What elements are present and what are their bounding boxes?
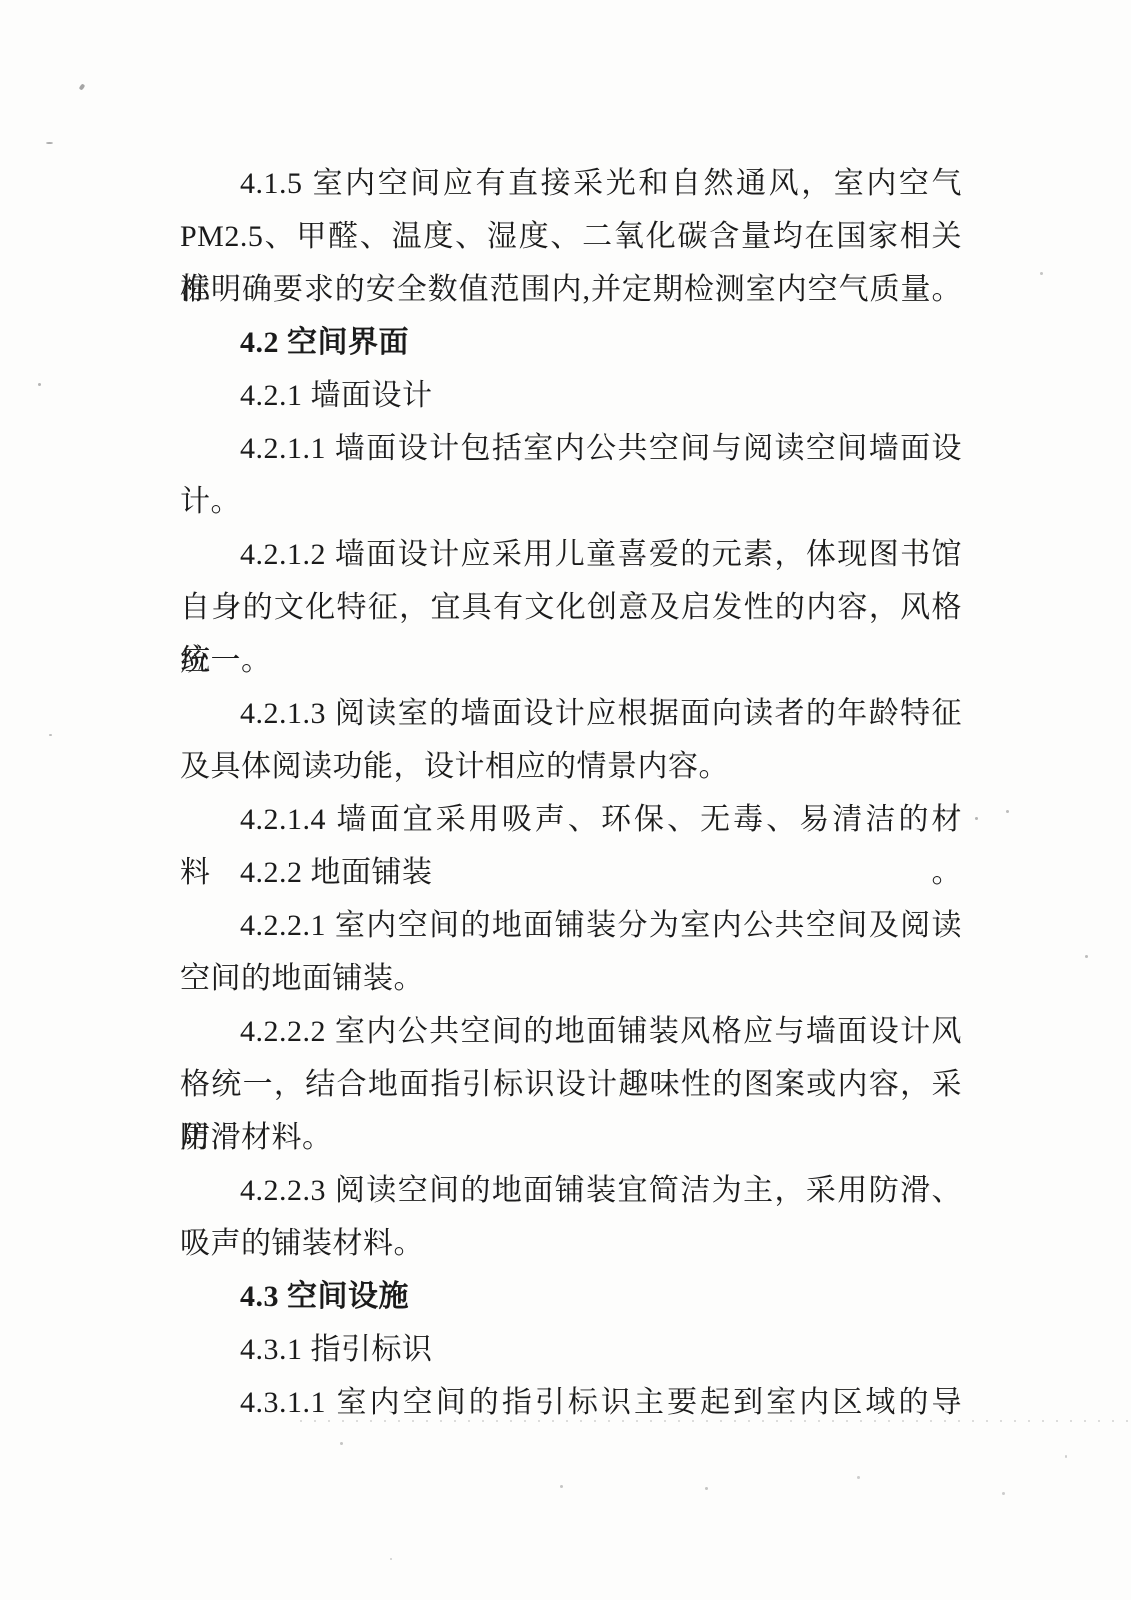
scan-speckle [1002,1492,1005,1495]
text-line: 自身的文化特征，宜具有文化创意及启发性的内容，风格应 [180,581,962,634]
text-line: 统一。 [180,634,962,687]
text-line: 防滑材料。 [180,1111,962,1164]
section-4-2-1-1: 4.2.1.1 墙面设计包括室内公共空间与阅读空间墙面设 计。 [180,422,962,528]
section-4-1-5: 4.1.5 室内空间应有直接采光和自然通风，室内空气 PM2.5、甲醛、温度、湿… [180,157,962,316]
text-line: 格统一，结合地面指引标识设计趣味性的图案或内容，采用 [180,1058,962,1111]
scan-speckle [49,734,52,736]
text-line: 4.2.2.3 阅读空间的地面铺装宜简洁为主，采用防滑、 [180,1164,962,1217]
text-line: PM2.5、甲醛、温度、湿度、二氧化碳含量均在国家相关标 [180,210,962,263]
scan-speckle [560,1485,563,1488]
text-line: 4.1.5 室内空间应有直接采光和自然通风，室内空气 [180,157,962,210]
scan-noise-row [300,1420,1128,1422]
scan-speckle [38,383,41,386]
section-4-2-1-2: 4.2.1.2 墙面设计应采用儿童喜爱的元素，体现图书馆 自身的文化特征，宜具有… [180,528,962,687]
section-4-2-2-3: 4.2.2.3 阅读空间的地面铺装宜简洁为主，采用防滑、 吸声的铺装材料。 [180,1164,962,1270]
scan-speckle [1006,810,1009,813]
section-heading-4-3-1: 4.3.1 指引标识 [180,1323,962,1376]
section-heading-4-2-1: 4.2.1 墙面设计 [180,369,962,422]
scan-speckle [340,1442,343,1445]
scan-speckle [46,142,53,144]
text-line: 4.2.1.2 墙面设计应采用儿童喜爱的元素，体现图书馆 [180,528,962,581]
text-line: 吸声的铺装材料。 [180,1217,962,1270]
text-line: 4.2.1.1 墙面设计包括室内公共空间与阅读空间墙面设 [180,422,962,475]
section-heading-4-3: 4.3 空间设施 [180,1270,962,1323]
section-4-2-1-3: 4.2.1.3 阅读室的墙面设计应根据面向读者的年龄特征 及具体阅读功能，设计相… [180,687,962,793]
scan-speckle [975,817,978,820]
text-line: 空间的地面铺装。 [180,952,962,1005]
scan-speckle [705,1487,708,1490]
text-line: 计。 [180,475,962,528]
section-heading-4-2: 4.2 空间界面 [180,316,962,369]
text-line: 4.2.2.2 室内公共空间的地面铺装风格应与墙面设计风 [180,1005,962,1058]
scan-speckle [1040,272,1043,275]
text-line: 4.2.2.1 室内空间的地面铺装分为室内公共空间及阅读 [180,899,962,952]
text-line: 4.2.1.4 墙面宜采用吸声、环保、无毒、易清洁的材料。 [180,793,962,846]
text-line: 4.2.1.3 阅读室的墙面设计应根据面向读者的年龄特征 [180,687,962,740]
scan-speckle [857,1476,860,1479]
scan-speckle [79,83,86,90]
section-4-2-1-4: 4.2.1.4 墙面宜采用吸声、环保、无毒、易清洁的材料。 [180,793,962,846]
scan-speckle [1065,1455,1067,1458]
text-line: 及具体阅读功能，设计相应的情景内容。 [180,740,962,793]
scan-speckle [390,1558,392,1560]
subsection-heading: 4.2.1 墙面设计 [180,369,962,422]
section-heading: 4.3 空间设施 [180,1270,962,1323]
document-page: 4.1.5 室内空间应有直接采光和自然通风，室内空气 PM2.5、甲醛、温度、湿… [0,0,1131,1600]
text-line: 准明确要求的安全数值范围内,并定期检测室内空气质量。 [180,263,962,316]
document-text: 4.1.5 室内空间应有直接采光和自然通风，室内空气 PM2.5、甲醛、温度、湿… [180,157,962,1429]
section-4-2-2-2: 4.2.2.2 室内公共空间的地面铺装风格应与墙面设计风 格统一，结合地面指引标… [180,1005,962,1164]
section-4-2-2-1: 4.2.2.1 室内空间的地面铺装分为室内公共空间及阅读 空间的地面铺装。 [180,899,962,1005]
section-heading: 4.2 空间界面 [180,316,962,369]
scan-speckle [1085,955,1088,958]
subsection-heading: 4.3.1 指引标识 [180,1323,962,1376]
